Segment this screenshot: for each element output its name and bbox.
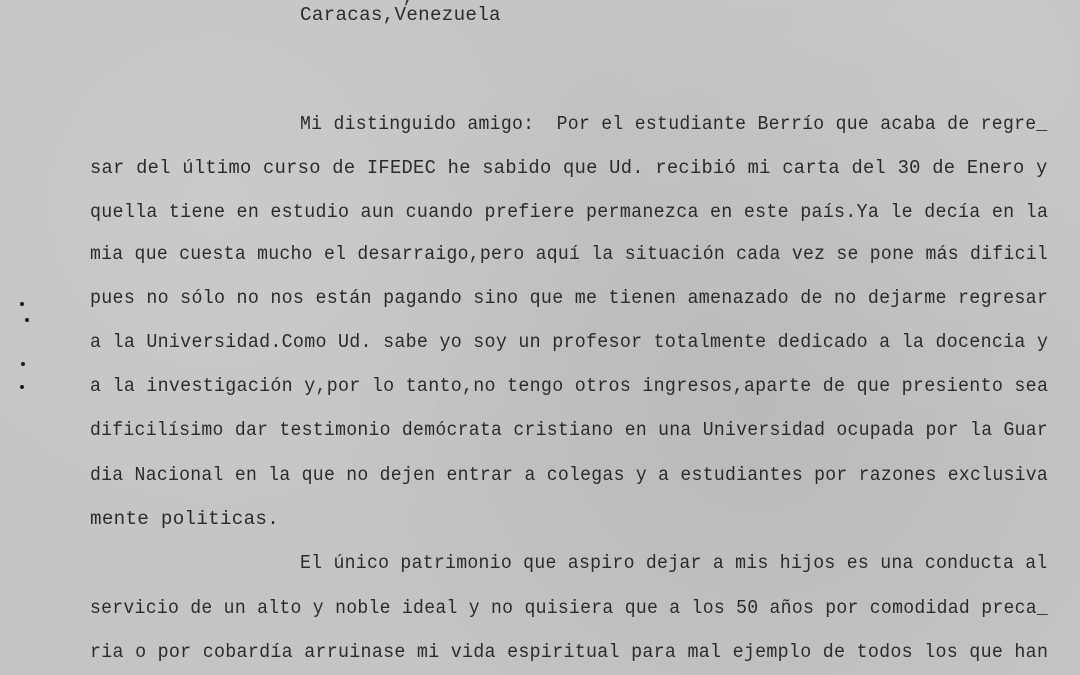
paragraph-1-line-8: dificilísimo dar testimonio demócrata cr… [90,418,1048,442]
paragraph-1-line-2: sar del último curso de IFEDEC he sabido… [90,156,1048,180]
paragraph-1-line-1: Mi distinguido amigo: Por el estudiante … [300,112,1048,136]
ink-speck [25,318,29,322]
paragraph-2-line-1: El único patrimonio que aspiro dejar a m… [300,551,1048,575]
paragraph-1-line-3: quella tiene en estudio aun cuando prefi… [90,200,1048,224]
ink-speck [20,385,24,389]
paragraph-1-line-5: pues no sólo no nos están pagando sino q… [90,286,1048,310]
paragraph-1-line-6: a la Universidad.Como Ud. sabe yo soy un… [90,330,1048,354]
paragraph-2-line-2: servicio de un alto y noble ideal y no q… [90,596,1048,620]
paragraph-1-line-4: mia que cuesta mucho el desarraigo,pero … [90,242,1048,266]
ink-speck [21,362,25,366]
letter-page: Roau — — — , Caracas,Venezuela Mi distin… [0,0,1080,675]
paragraph-1-line-9: dia Nacional en la que no dejen entrar a… [90,463,1048,487]
paragraph-1-line-7: a la investigación y,por lo tanto,no ten… [90,374,1048,398]
paragraph-1-line-10: mente politicas. [90,507,279,531]
handwritten-margin-note: Roau [0,35,69,82]
ink-speck [20,302,24,306]
address-line: Caracas,Venezuela [300,3,501,27]
paragraph-2-line-3: ria o por cobardía arruinase mi vida esp… [90,640,1048,664]
